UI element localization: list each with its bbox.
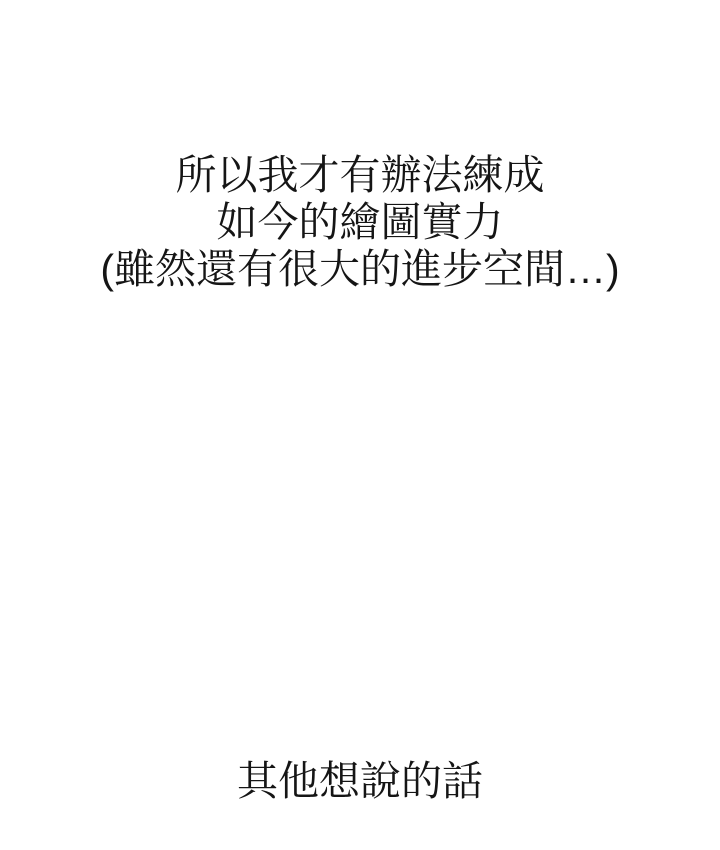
afterword-paragraph: 所以我才有辦法練成 如今的繪圖實力 (雖然還有很大的進步空間…) [0,152,720,293]
afterword-line-3: (雖然還有很大的進步空間…) [0,246,720,293]
afterword-line-1: 所以我才有辦法練成 [0,152,720,199]
comic-afterword-page: 所以我才有辦法練成 如今的繪圖實力 (雖然還有很大的進步空間…) 其他想說的話 [0,0,720,850]
afterword-line-2: 如今的繪圖實力 [0,199,720,246]
section-heading: 其他想說的話 [0,758,720,805]
